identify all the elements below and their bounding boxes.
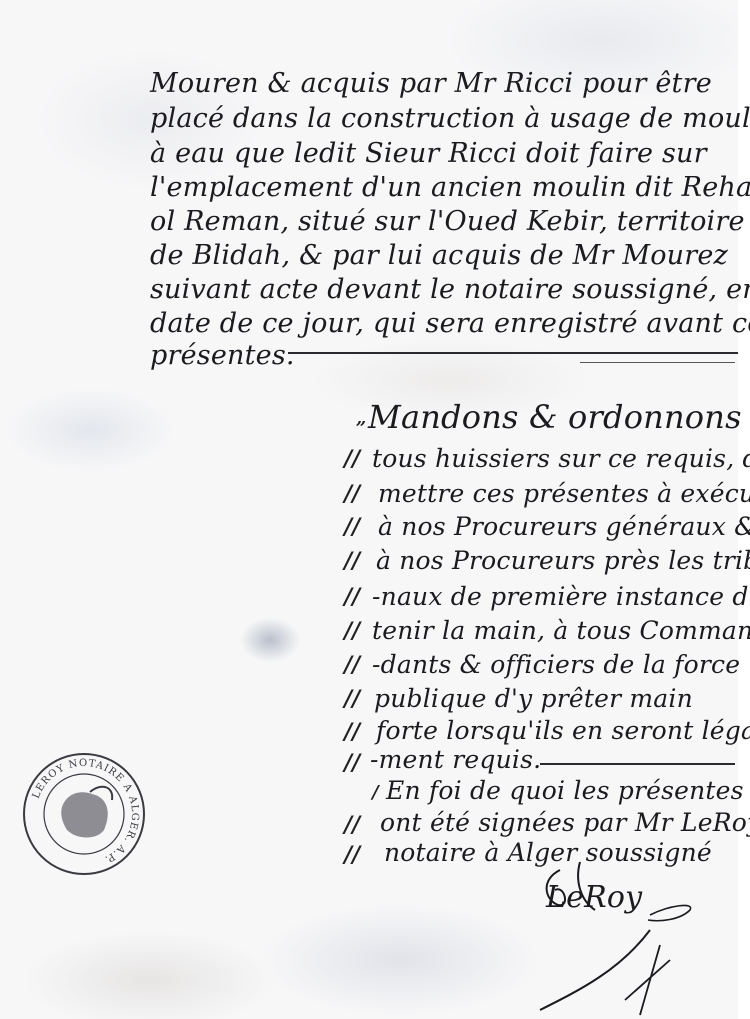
signature-text: LeRoy xyxy=(546,880,642,915)
margin-mark: // xyxy=(344,652,360,678)
text-line: à eau que ledit Sieur Ricci doit faire s… xyxy=(150,138,707,169)
text-line: placé dans la construction à usage de mo… xyxy=(150,103,750,134)
margin-mark: „ xyxy=(356,408,366,429)
text-line: ont été signées par Mr LeRoy xyxy=(380,808,750,837)
notary-seal: LEROY NOTAIRE A ALGER. A.P. xyxy=(22,752,146,876)
text-line: En foi de quoi les présentes xyxy=(386,776,744,805)
seal-eagle-icon: LEROY NOTAIRE A ALGER. A.P. xyxy=(22,752,146,876)
text-line: à nos Procureurs près les tribu- xyxy=(376,546,750,575)
margin-mark: // xyxy=(344,548,360,574)
document-page: Mouren & acquis par Mr Ricci pour être p… xyxy=(0,0,738,1019)
margin-mark: // xyxy=(344,812,360,838)
text-line: présentes. xyxy=(150,340,295,371)
text-line: tenir la main, à tous Comman- xyxy=(372,616,750,645)
text-line: -naux de première instance d'y xyxy=(372,582,750,611)
text-line: mettre ces présentes à exécution, xyxy=(378,479,750,508)
margin-mark: // xyxy=(344,750,360,776)
text-line: à nos Procureurs généraux & xyxy=(378,512,750,541)
closing-rule-short xyxy=(580,362,735,363)
margin-mark: // xyxy=(344,719,360,745)
margin-mark: / xyxy=(372,782,379,803)
margin-mark: // xyxy=(344,842,360,868)
text-line: Mouren & acquis par Mr Ricci pour être xyxy=(150,68,712,99)
margin-mark: // xyxy=(344,584,360,610)
text-line: tous huissiers sur ce requis, de xyxy=(372,444,750,473)
text-line: date de ce jour, qui sera enregistré ava… xyxy=(150,308,750,339)
text-line: publique d'y prêter main xyxy=(374,684,693,713)
closing-rule xyxy=(288,352,738,354)
text-line: l'emplacement d'un ancien moulin dit Reh… xyxy=(150,172,750,203)
text-line: ol Reman, situé sur l'Oued Kebir, territ… xyxy=(150,206,745,237)
closing-rule xyxy=(540,763,735,765)
margin-mark: // xyxy=(344,446,360,472)
margin-mark: // xyxy=(344,686,360,712)
margin-mark: // xyxy=(344,514,360,540)
notary-signature: LeRoy xyxy=(520,860,700,1019)
text-line: -ment requis. xyxy=(370,745,541,774)
margin-mark: // xyxy=(344,481,360,507)
text-line: suivant acte devant le notaire soussigné… xyxy=(150,274,750,305)
text-line: de Blidah, & par lui acquis de Mr Mourez xyxy=(150,240,728,271)
margin-mark: // xyxy=(344,618,360,644)
text-line: forte lorsqu'ils en seront léga- xyxy=(376,716,750,745)
text-line: Mandons & ordonnons à xyxy=(368,398,750,436)
text-line: -dants & officiers de la force xyxy=(372,650,740,679)
